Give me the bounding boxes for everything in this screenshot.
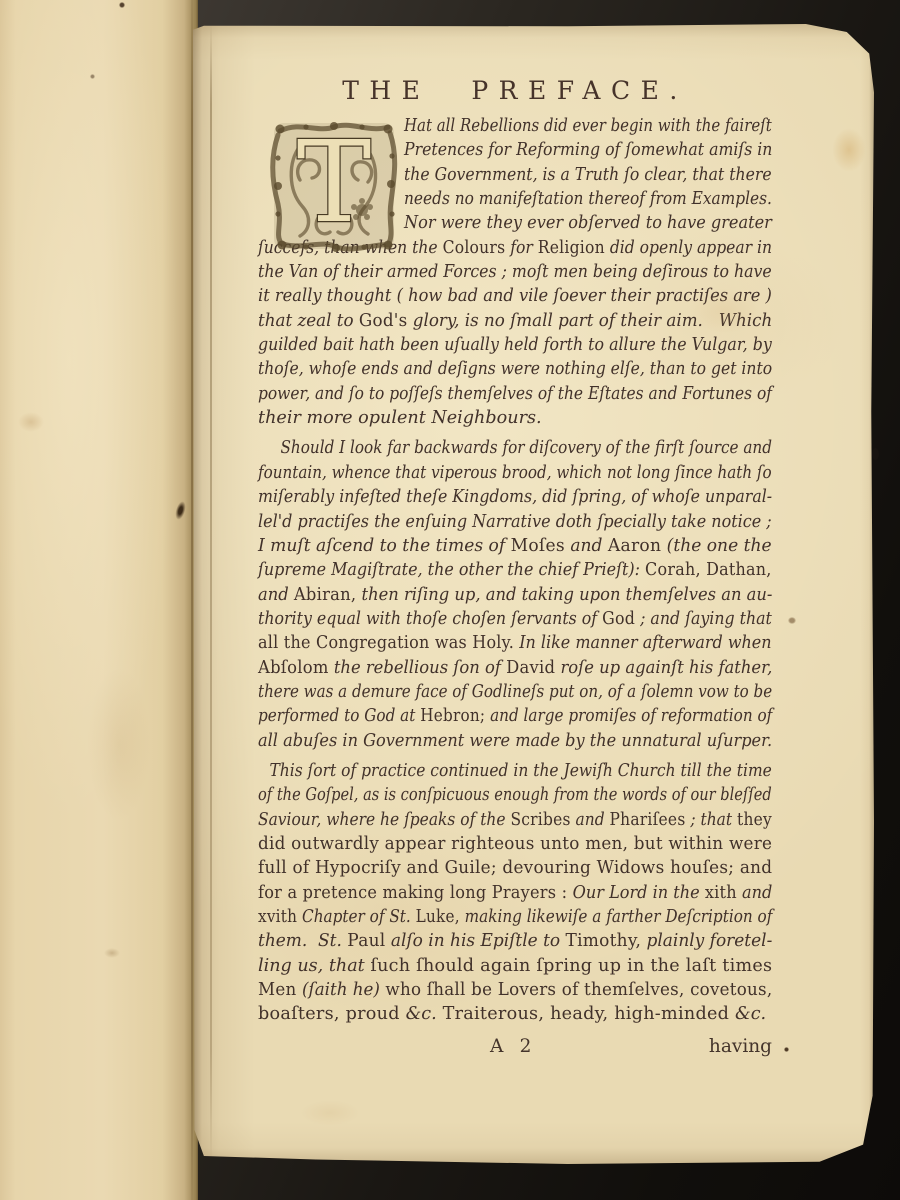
text-line: boaſters, proud &c. Traiterous, heady, h… [258,1002,772,1026]
paragraph: Hat all Rebellions did ever begin with t… [258,114,772,430]
text-line: needs no manifeſtation thereof from Exam… [404,187,726,211]
text-line: thority equal with thoſe choſen ſervants… [258,607,719,631]
text-line: Saviour, where he ſpeaks of the Scribes … [258,808,710,832]
text-line: Abſolom the rebellious ſon of David roſe… [258,656,737,680]
text-line: Should I look far backwards for diſcover… [258,436,703,460]
text-line: them. St. Paul alſo in his Epiſtle to Ti… [258,929,754,953]
text-line: there was a demure face of Godlineſs put… [258,680,699,704]
page-title: THE PREFACE. [258,76,772,105]
text-line: Nor were they ever obſerved to have grea… [404,211,742,235]
facing-page [0,0,198,1200]
text-line: all the Congregation was Holy. In like m… [258,631,725,655]
text-line: performed to God at Hebron; and large pr… [258,704,703,728]
text-line: ling us, that ſuch ſhould again ſpring u… [258,954,771,978]
text-line: guilded bait hath been uſually held fort… [258,333,720,357]
body-text: Hat all Rebellions did ever begin with t… [258,114,772,1027]
text-line: for a pretence making long Prayers : Our… [258,881,729,905]
text-line: xvith Chapter of St. Luke, making likewi… [258,905,704,929]
text-line: and Abiran, then riſing up, and taking u… [258,583,735,607]
page-footer: A 2 having [258,1036,772,1062]
text-line: Hat all Rebellions did ever begin with t… [404,114,717,138]
text-line: it really thought ( how bad and vile ſoe… [258,284,733,308]
signature-mark: A 2 [490,1036,537,1057]
gutter-crease-left [191,0,193,1200]
text-line: I muſt aſcend to the times of Moſes and … [258,534,757,558]
catchword: having [709,1036,772,1057]
text-line: that zeal to God's glory, is no ſmall pa… [258,309,746,333]
text-line: miſerably infeſted theſe Kingdoms, did ſ… [258,485,719,509]
paragraph: Should I look far backwards for diſcover… [258,436,772,752]
text-line: ſupreme Magiſtrate, the other the chief … [258,558,724,582]
text-line: their more opulent Neighbours. [258,406,772,430]
text-line: all abuſes in Government were made by th… [258,729,730,753]
text-line: Pretences for Reforming of ſomewhat amiſ… [404,138,733,162]
text-line: the Van of their armed Forces ; moſt men… [258,260,718,284]
text-line: power, and ſo to poſſeſs themſelves of t… [258,382,709,406]
paragraph: This ſort of practice continued in the J… [258,759,772,1027]
text-line: Men (ſaith he) who ſhall be Lovers of th… [258,978,745,1002]
text-line: full of Hypocriſy and Guile; devouring W… [258,856,750,880]
text-line: the Government, is a Truth ſo clear, tha… [404,163,731,187]
text-line: did outwardly appear righteous unto men,… [258,832,748,856]
photo-backdrop: THE PREFACE. Hat all Rebellions did ever… [0,0,900,1200]
book-page: THE PREFACE. Hat all Rebellions did ever… [193,24,874,1164]
text-line: thoſe, whoſe ends and deſigns were nothi… [258,357,714,381]
text-line: of the Goſpel, as is conſpicuous enough … [258,783,684,807]
text-line: lel'd practiſes the enſuing Narrative do… [258,510,726,534]
page-edge-nick [872,448,879,460]
text-line: fountain, whence that viperous brood, wh… [258,461,701,485]
text-line: This ſort of practice continued in the J… [258,759,710,783]
text-line: ſucceſs, than when the Colours for Relig… [258,236,713,260]
gutter-crease-right [210,24,212,1164]
